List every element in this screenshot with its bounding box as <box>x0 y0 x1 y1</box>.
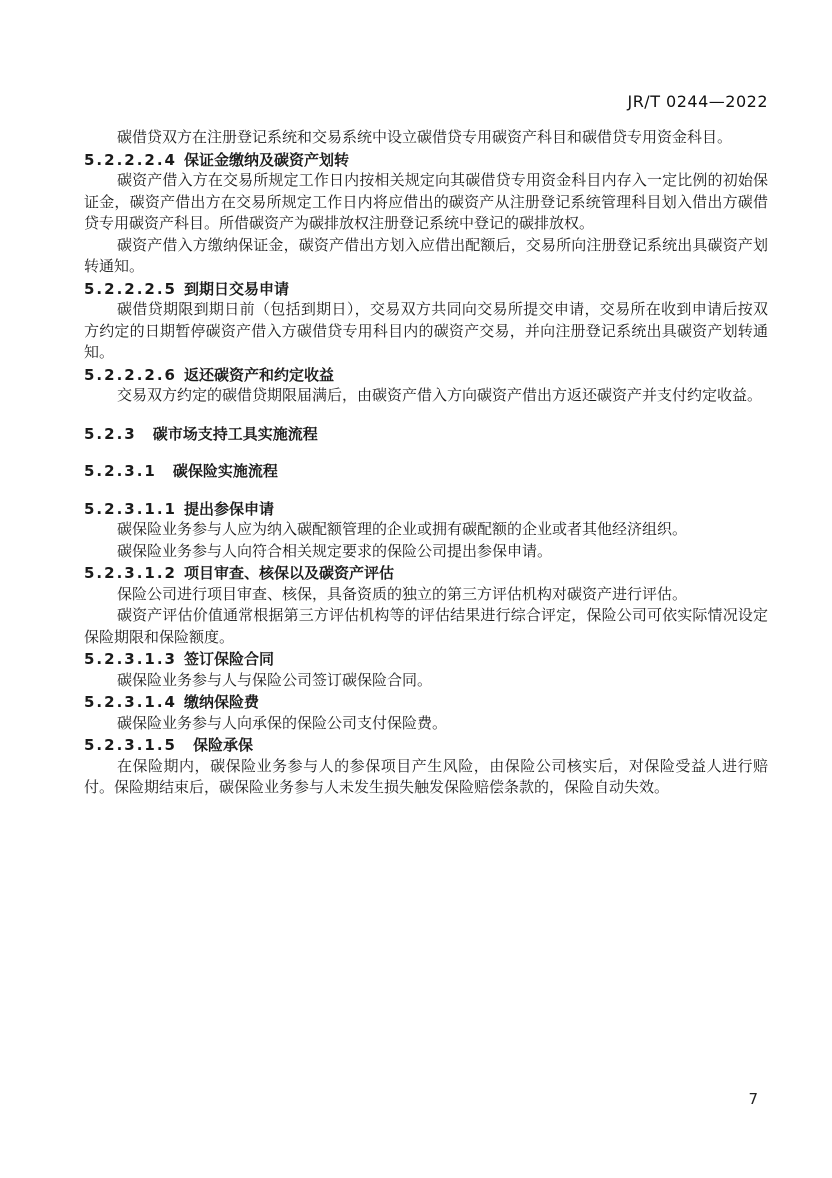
page-header: JR/T 0244—2022 <box>82 92 768 111</box>
paragraph: 碳借贷双方在注册登记系统和交易系统中设立碳借贷专用碳资产科目和碳借贷专用资金科目… <box>84 128 768 150</box>
clause-title: 到期日交易申请 <box>184 280 289 298</box>
clause-heading-5-2-3: 5.2.3碳市场支持工具实施流程 <box>84 424 768 446</box>
paragraph: 碳资产借入方缴纳保证金，碳资产借出方划入应借出配额后，交易所向注册登记系统出具碳… <box>84 236 768 279</box>
clause-number: 5.2.3.1 <box>84 462 157 480</box>
clause-heading-5-2-2-2-6: 5.2.2.2.6返还碳资产和约定收益 <box>84 365 768 387</box>
clause-number: 5.2.3 <box>84 425 137 443</box>
clause-title: 碳市场支持工具实施流程 <box>153 425 318 443</box>
clause-heading-5-2-3-1-2: 5.2.3.1.2项目审查、核保以及碳资产评估 <box>84 563 768 585</box>
page-number: 7 <box>748 1090 758 1108</box>
paragraph: 碳保险业务参与人向承保的保险公司支付保险费。 <box>84 714 768 736</box>
clause-number: 5.2.2.2.5 <box>84 280 177 298</box>
paragraph: 交易双方约定的碳借贷期限届满后，由碳资产借入方向碳资产借出方返还碳资产并支付约定… <box>84 386 768 408</box>
clause-heading-5-2-3-1-1: 5.2.3.1.1提出参保申请 <box>84 499 768 521</box>
standard-number: JR/T 0244—2022 <box>627 92 768 111</box>
clause-title: 返还碳资产和约定收益 <box>184 366 334 384</box>
clause-heading-5-2-2-2-4: 5.2.2.2.4保证金缴纳及碳资产划转 <box>84 150 768 172</box>
paragraph: 在保险期内，碳保险业务参与人的参保项目产生风险，由保险公司核实后，对保险受益人进… <box>84 757 768 800</box>
paragraph: 碳借贷期限到期日前（包括到期日），交易双方共同向交易所提交申请，交易所在收到申请… <box>84 300 768 365</box>
clause-number: 5.2.3.1.3 <box>84 650 177 668</box>
clause-number: 5.2.2.2.4 <box>84 151 177 169</box>
clause-heading-5-2-3-1-5: 5.2.3.1.5保险承保 <box>84 735 768 757</box>
clause-title: 缴纳保险费 <box>184 693 259 711</box>
paragraph: 碳保险业务参与人应为纳入碳配额管理的企业或拥有碳配额的企业或者其他经济组织。 <box>84 520 768 542</box>
document-body: 碳借贷双方在注册登记系统和交易系统中设立碳借贷专用碳资产科目和碳借贷专用资金科目… <box>84 128 768 800</box>
paragraph: 碳保险业务参与人向符合相关规定要求的保险公司提出参保申请。 <box>84 542 768 564</box>
clause-number: 5.2.3.1.1 <box>84 500 177 518</box>
paragraph: 碳资产借入方在交易所规定工作日内按相关规定向其碳借贷专用资金科目内存入一定比例的… <box>84 171 768 236</box>
clause-heading-5-2-2-2-5: 5.2.2.2.5到期日交易申请 <box>84 279 768 301</box>
clause-heading-5-2-3-1-3: 5.2.3.1.3签订保险合同 <box>84 649 768 671</box>
page-footer: 7 <box>82 1090 758 1108</box>
clause-number: 5.2.2.2.6 <box>84 366 177 384</box>
clause-number: 5.2.3.1.2 <box>84 564 177 582</box>
clause-heading-5-2-3-1-4: 5.2.3.1.4缴纳保险费 <box>84 692 768 714</box>
clause-number: 5.2.3.1.4 <box>84 693 177 711</box>
document-page: JR/T 0244—2022 碳借贷双方在注册登记系统和交易系统中设立碳借贷专用… <box>0 0 832 1178</box>
paragraph: 保险公司进行项目审查、核保，具备资质的独立的第三方评估机构对碳资产进行评估。 <box>84 585 768 607</box>
clause-title: 提出参保申请 <box>184 500 274 518</box>
clause-title: 保证金缴纳及碳资产划转 <box>184 151 349 169</box>
clause-number: 5.2.3.1.5 <box>84 736 177 754</box>
clause-heading-5-2-3-1: 5.2.3.1碳保险实施流程 <box>84 461 768 483</box>
paragraph: 碳资产评估价值通常根据第三方评估机构等的评估结果进行综合评定，保险公司可依实际情… <box>84 606 768 649</box>
clause-title: 项目审查、核保以及碳资产评估 <box>184 564 394 582</box>
clause-title: 保险承保 <box>193 736 253 754</box>
paragraph: 碳保险业务参与人与保险公司签订碳保险合同。 <box>84 671 768 693</box>
clause-title: 碳保险实施流程 <box>173 462 278 480</box>
clause-title: 签订保险合同 <box>184 650 274 668</box>
